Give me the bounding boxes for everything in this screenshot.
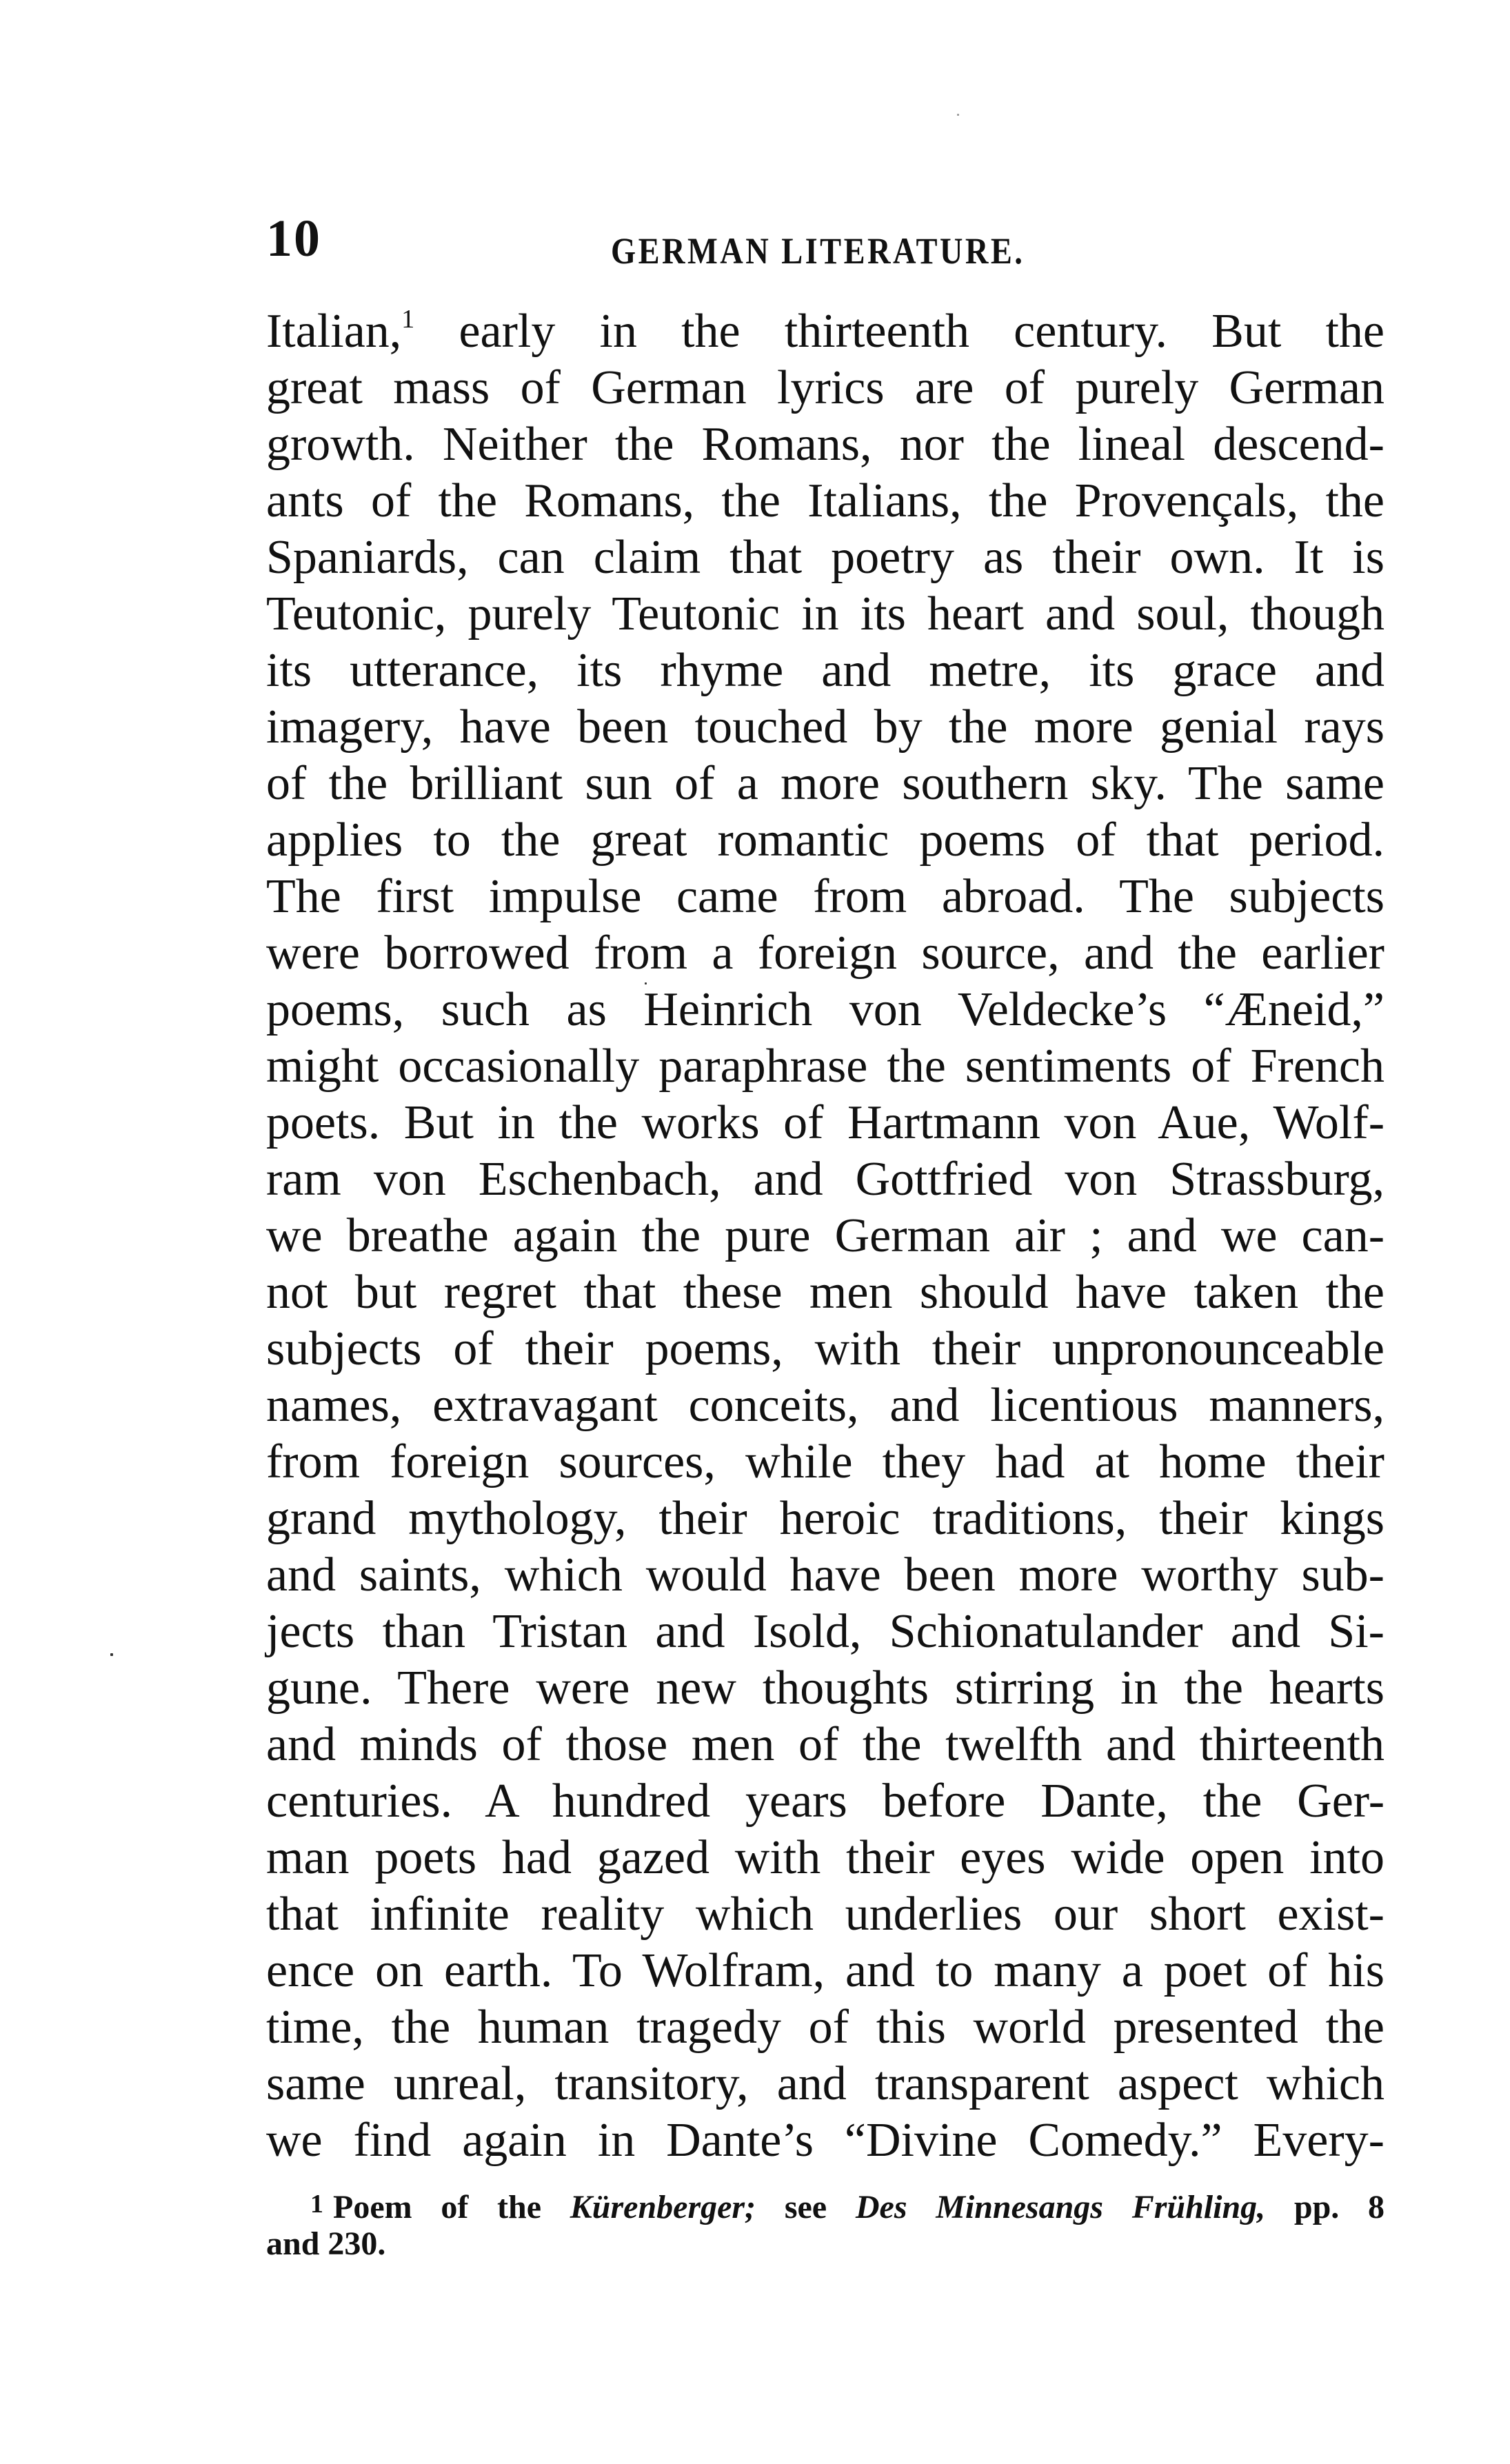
running-head: 10 GERMAN LITERATURE. [266,207,1385,276]
footnote-marker: 1 [310,2190,323,2219]
text-line: might occasionally paraphrase the sentim… [266,1038,1385,1095]
text-line: great mass of German lyrics are of purel… [266,360,1385,416]
text-line: imagery, have been touched by the more g… [266,699,1385,756]
running-title: GERMAN LITERATURE. [611,229,980,273]
text-line: from foreign sources, while they had at … [266,1434,1385,1491]
text-line: ants of the Romans, the Italians, the Pr… [266,473,1385,529]
body-text: Italian,1 early in the thirteenth centur… [266,303,1385,2169]
footnote-line: and 230. [266,2224,1385,2264]
footnote-text: Poem of the [333,2189,570,2225]
text-line: subjects of their poems, with their unpr… [266,1321,1385,1377]
footnote: 1Poem of the Kürenberger; see Des Minnes… [266,2184,1385,2264]
scan-speck [957,114,959,116]
text-line: ram von Eschenbach, and Gottfried von St… [266,1151,1385,1208]
footnote-text: pp. 8 [1265,2189,1385,2225]
text-fragment: Italian, [266,305,401,358]
text-line: time, the human tragedy of this world pr… [266,1999,1385,2056]
footnote-citation-title: Des Minnesangs Frühling, [856,2189,1265,2225]
text-line: applies to the great romantic poems of t… [266,812,1385,869]
text-fragment: early in the thirteenth century. But the [414,305,1385,358]
text-line: its utterance, its rhyme and metre, its … [266,643,1385,699]
text-line: of the brilliant sun of a more southern … [266,756,1385,812]
text-line: gune. There were new thoughts stirring i… [266,1660,1385,1717]
footnote-text: see [756,2189,856,2225]
scan-speck [110,1653,113,1656]
text-line: we breathe again the pure German air ; a… [266,1208,1385,1264]
footnote-line: 1Poem of the Kürenberger; see Des Minnes… [266,2184,1385,2224]
text-line: poems, such as Heinrich von Veldecke’s “… [266,982,1385,1038]
text-line: poets. But in the works of Hartmann von … [266,1095,1385,1151]
text-line: jects than Tristan and Isold, Schionatul… [266,1604,1385,1660]
text-line: and saints, which would have been more w… [266,1547,1385,1604]
text-line: we find again in Dante’s “Divine Comedy.… [266,2112,1385,2169]
text-line: man poets had gazed with their eyes wide… [266,1830,1385,1886]
text-line: were borrowed from a foreign source, and… [266,925,1385,982]
text-line: Teutonic, purely Teutonic in its heart a… [266,586,1385,643]
text-line: that infinite reality which underlies ou… [266,1886,1385,1943]
text-line: centuries. A hundred years before Dante,… [266,1773,1385,1830]
footnote-citation-name: Kürenberger; [570,2189,756,2225]
page-number: 10 [266,212,321,265]
text-line: and minds of those men of the twelfth an… [266,1717,1385,1773]
text-line: Spaniards, can claim that poetry as thei… [266,529,1385,586]
footnote-reference[interactable]: 1 [401,305,414,334]
scan-speck [645,982,647,984]
text-line: Italian,1 early in the thirteenth centur… [266,303,1385,360]
text-line: ence on earth. To Wolfram, and to many a… [266,1943,1385,1999]
text-line: grand mythology, their heroic traditions… [266,1491,1385,1547]
text-line: not but regret that these men should hav… [266,1264,1385,1321]
text-line: growth. Neither the Romans, nor the line… [266,416,1385,473]
text-line: names, extravagant conceits, and licenti… [266,1377,1385,1434]
book-page: 10 GERMAN LITERATURE. Italian,1 early in… [0,0,1510,2464]
text-line: same unreal, transitory, and transparent… [266,2056,1385,2112]
text-line: The first impulse came from abroad. The … [266,869,1385,925]
